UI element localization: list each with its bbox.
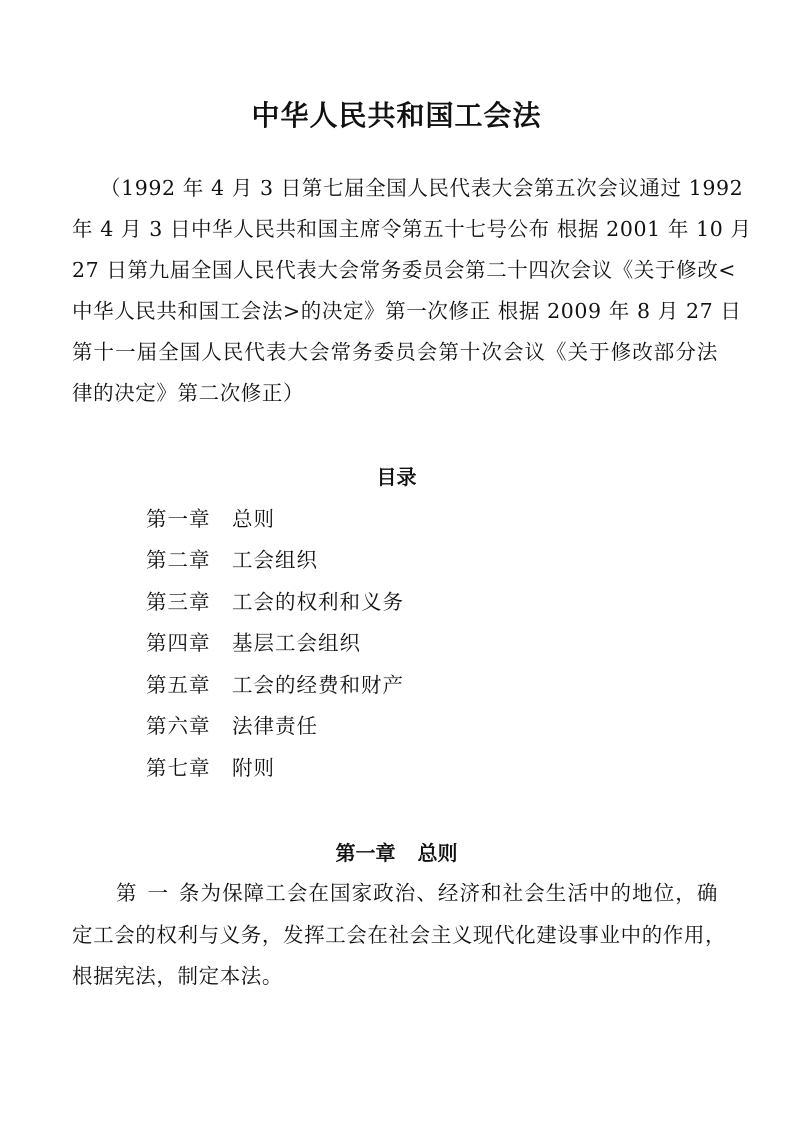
toc-item: 第三章 工会的权利和义务 <box>146 588 404 616</box>
chapter-heading: 第一章总则 <box>0 839 793 867</box>
article-text: 为保障工会在国家政治、经济和社会生活中的地位，确 <box>200 881 718 905</box>
chapter-number: 第一章 <box>336 841 396 865</box>
toc-chapter-name: 法律责任 <box>232 712 318 740</box>
preamble-line: 27 日第九届全国人民代表大会常务委员会第二十四次会议《关于修改< <box>72 256 718 284</box>
toc-chapter-name: 附则 <box>232 754 275 782</box>
toc-item: 第五章 工会的经费和财产 <box>146 671 404 699</box>
toc-heading: 目录 <box>0 463 793 491</box>
toc-chapter-name: 工会组织 <box>232 546 318 574</box>
toc-chapter-number: 第七章 <box>146 754 232 782</box>
toc-chapter-name: 工会的权利和义务 <box>232 588 404 616</box>
toc-item: 第六章 法律责任 <box>146 712 318 740</box>
document-page: 中华人民共和国工会法 （1992 年 4 月 3 日第七届全国人民代表大会第五次… <box>0 0 793 1122</box>
toc-chapter-number: 第三章 <box>146 588 232 616</box>
toc-chapter-name: 总则 <box>232 505 275 533</box>
toc-item: 第二章 工会组织 <box>146 546 318 574</box>
article-line: 根据宪法，制定本法。 <box>72 962 722 990</box>
toc-chapter-number: 第一章 <box>146 505 232 533</box>
toc-chapter-number: 第四章 <box>146 629 232 657</box>
toc-chapter-number: 第二章 <box>146 546 232 574</box>
document-title: 中华人民共和国工会法 <box>0 96 793 136</box>
preamble-line: 第十一届全国人民代表大会常务委员会第十次会议《关于修改部分法 <box>72 338 718 366</box>
article-line: 定工会的权利与义务，发挥工会在社会主义现代化建设事业中的作用， <box>72 921 718 949</box>
chapter-name: 总则 <box>418 841 458 865</box>
preamble-line: （1992 年 4 月 3 日第七届全国人民代表大会第五次会议通过 1992 <box>100 174 718 202</box>
toc-chapter-number: 第六章 <box>146 712 232 740</box>
toc-item: 第一章 总则 <box>146 505 275 533</box>
article-line: 第一条为保障工会在国家政治、经济和社会生活中的地位，确 <box>116 879 718 907</box>
toc-chapter-name: 工会的经费和财产 <box>232 671 404 699</box>
toc-item: 第四章 基层工会组织 <box>146 629 361 657</box>
preamble-line: 律的决定》第二次修正） <box>72 379 722 407</box>
preamble-line: 中华人民共和国工会法>的决定》第一次修正 根据 2009 年 8 月 27 日 <box>72 297 718 325</box>
toc-item: 第七章 附则 <box>146 754 275 782</box>
article-label: 第一条 <box>116 879 200 907</box>
toc-chapter-number: 第五章 <box>146 671 232 699</box>
toc-chapter-name: 基层工会组织 <box>232 629 361 657</box>
preamble-line: 年 4 月 3 日中华人民共和国主席令第五十七号公布 根据 2001 年 10 … <box>72 215 718 243</box>
